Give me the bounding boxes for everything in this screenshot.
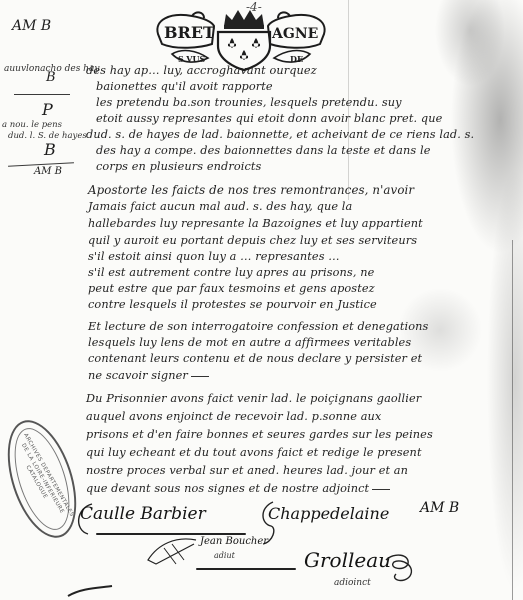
text-line: les pretendu ba.son trounies, lesquels p… <box>96 96 402 109</box>
text-line-content: que devant sous nos signes et de nostre … <box>86 482 369 495</box>
text-line: peut estre que par faux tesmoins et gens… <box>88 282 375 295</box>
signature-paraph: AM B <box>420 500 459 516</box>
text-line: nostre proces verbal sur et aned. heures… <box>86 464 408 477</box>
signature-boucher: Jean Boucher <box>200 536 268 547</box>
text-line: des hay ap… luy, accroghavant ourquez <box>86 64 317 77</box>
text-line: corps en plusieurs endroicts <box>96 160 261 173</box>
margin-paraph: P <box>42 100 53 119</box>
text-line: Et lecture de son interrogatoire confess… <box>88 320 428 333</box>
signature-barbier: Caulle Barbier <box>80 504 206 524</box>
signature-flourish-icon <box>380 550 420 586</box>
svg-text:BRET: BRET <box>164 23 215 42</box>
bretagne-stamp: BRET AGNE S.VUS DE <box>152 4 330 72</box>
svg-text:AGNE: AGNE <box>271 26 318 42</box>
text-line: auquel avons enjoinct de recevoir lad. p… <box>86 410 381 423</box>
text-line: etoit aussy represantes qui etoit donn a… <box>96 112 442 125</box>
signature-grolleau: Grolleau <box>304 548 391 572</box>
paper-edge <box>512 240 513 600</box>
margin-paraph: AM B <box>12 18 51 34</box>
signature-role: adioinct <box>334 578 371 588</box>
svg-text:DE: DE <box>290 54 303 64</box>
text-line: s'il est autrement contre luy apres au p… <box>88 266 374 279</box>
signature-flourish-icon <box>66 582 116 600</box>
margin-paraph: B <box>46 70 56 85</box>
margin-note: a nou. le pens <box>2 120 62 130</box>
text-line: contenant leurs contenu et de nous decla… <box>88 352 422 365</box>
text-line: dud. s. de hayes de lad. baionnette, et … <box>86 128 474 141</box>
line-filler <box>372 489 390 490</box>
text-line: Jamais faict aucun mal aud. s. des hay, … <box>88 200 352 213</box>
margin-paraph: AM B <box>34 166 62 177</box>
signature-chappedelaine: Chappedelaine <box>268 504 389 523</box>
text-line: ne scavoir signer <box>88 369 209 382</box>
svg-text:S.VUS: S.VUS <box>178 54 205 64</box>
text-line: s'il estoit ainsi quon luy a … represant… <box>88 250 340 263</box>
text-line: que devant sous nos signes et de nostre … <box>86 482 390 495</box>
manuscript-page: -4- BRET AGNE S.VUS DE <box>0 0 523 600</box>
text-line: hallebardes luy represante la Bazoignes … <box>88 217 423 230</box>
text-line: Du Prisonnier avons faict venir lad. le … <box>86 392 421 405</box>
margin-paraph: B <box>44 140 56 159</box>
text-line: baionettes qu'il avoit rapporte <box>96 80 273 93</box>
line-filler <box>191 376 209 377</box>
text-line: Apostorte les faicts de nos tres remontr… <box>88 183 414 197</box>
fleur-de-lis-crown-icon: BRET AGNE S.VUS DE <box>152 4 330 72</box>
signature-role: adiut <box>214 551 235 560</box>
text-line: lesquels luy lens de mot en autre a affi… <box>88 336 411 349</box>
text-line: qui luy echeant et du tout avons faict e… <box>86 446 422 459</box>
margin-rule <box>14 94 70 95</box>
text-line: prisons et d'en faire bonnes et seures g… <box>86 428 433 441</box>
text-line: des hay a compe. des baionnettes dans la… <box>96 144 430 157</box>
text-line: quil y auroit eu portant depuis chez luy… <box>88 234 417 247</box>
text-line-content: ne scavoir signer <box>88 369 188 382</box>
signature-underline <box>196 568 296 570</box>
text-line: contre lesquels il protestes se pourvoir… <box>88 298 377 311</box>
